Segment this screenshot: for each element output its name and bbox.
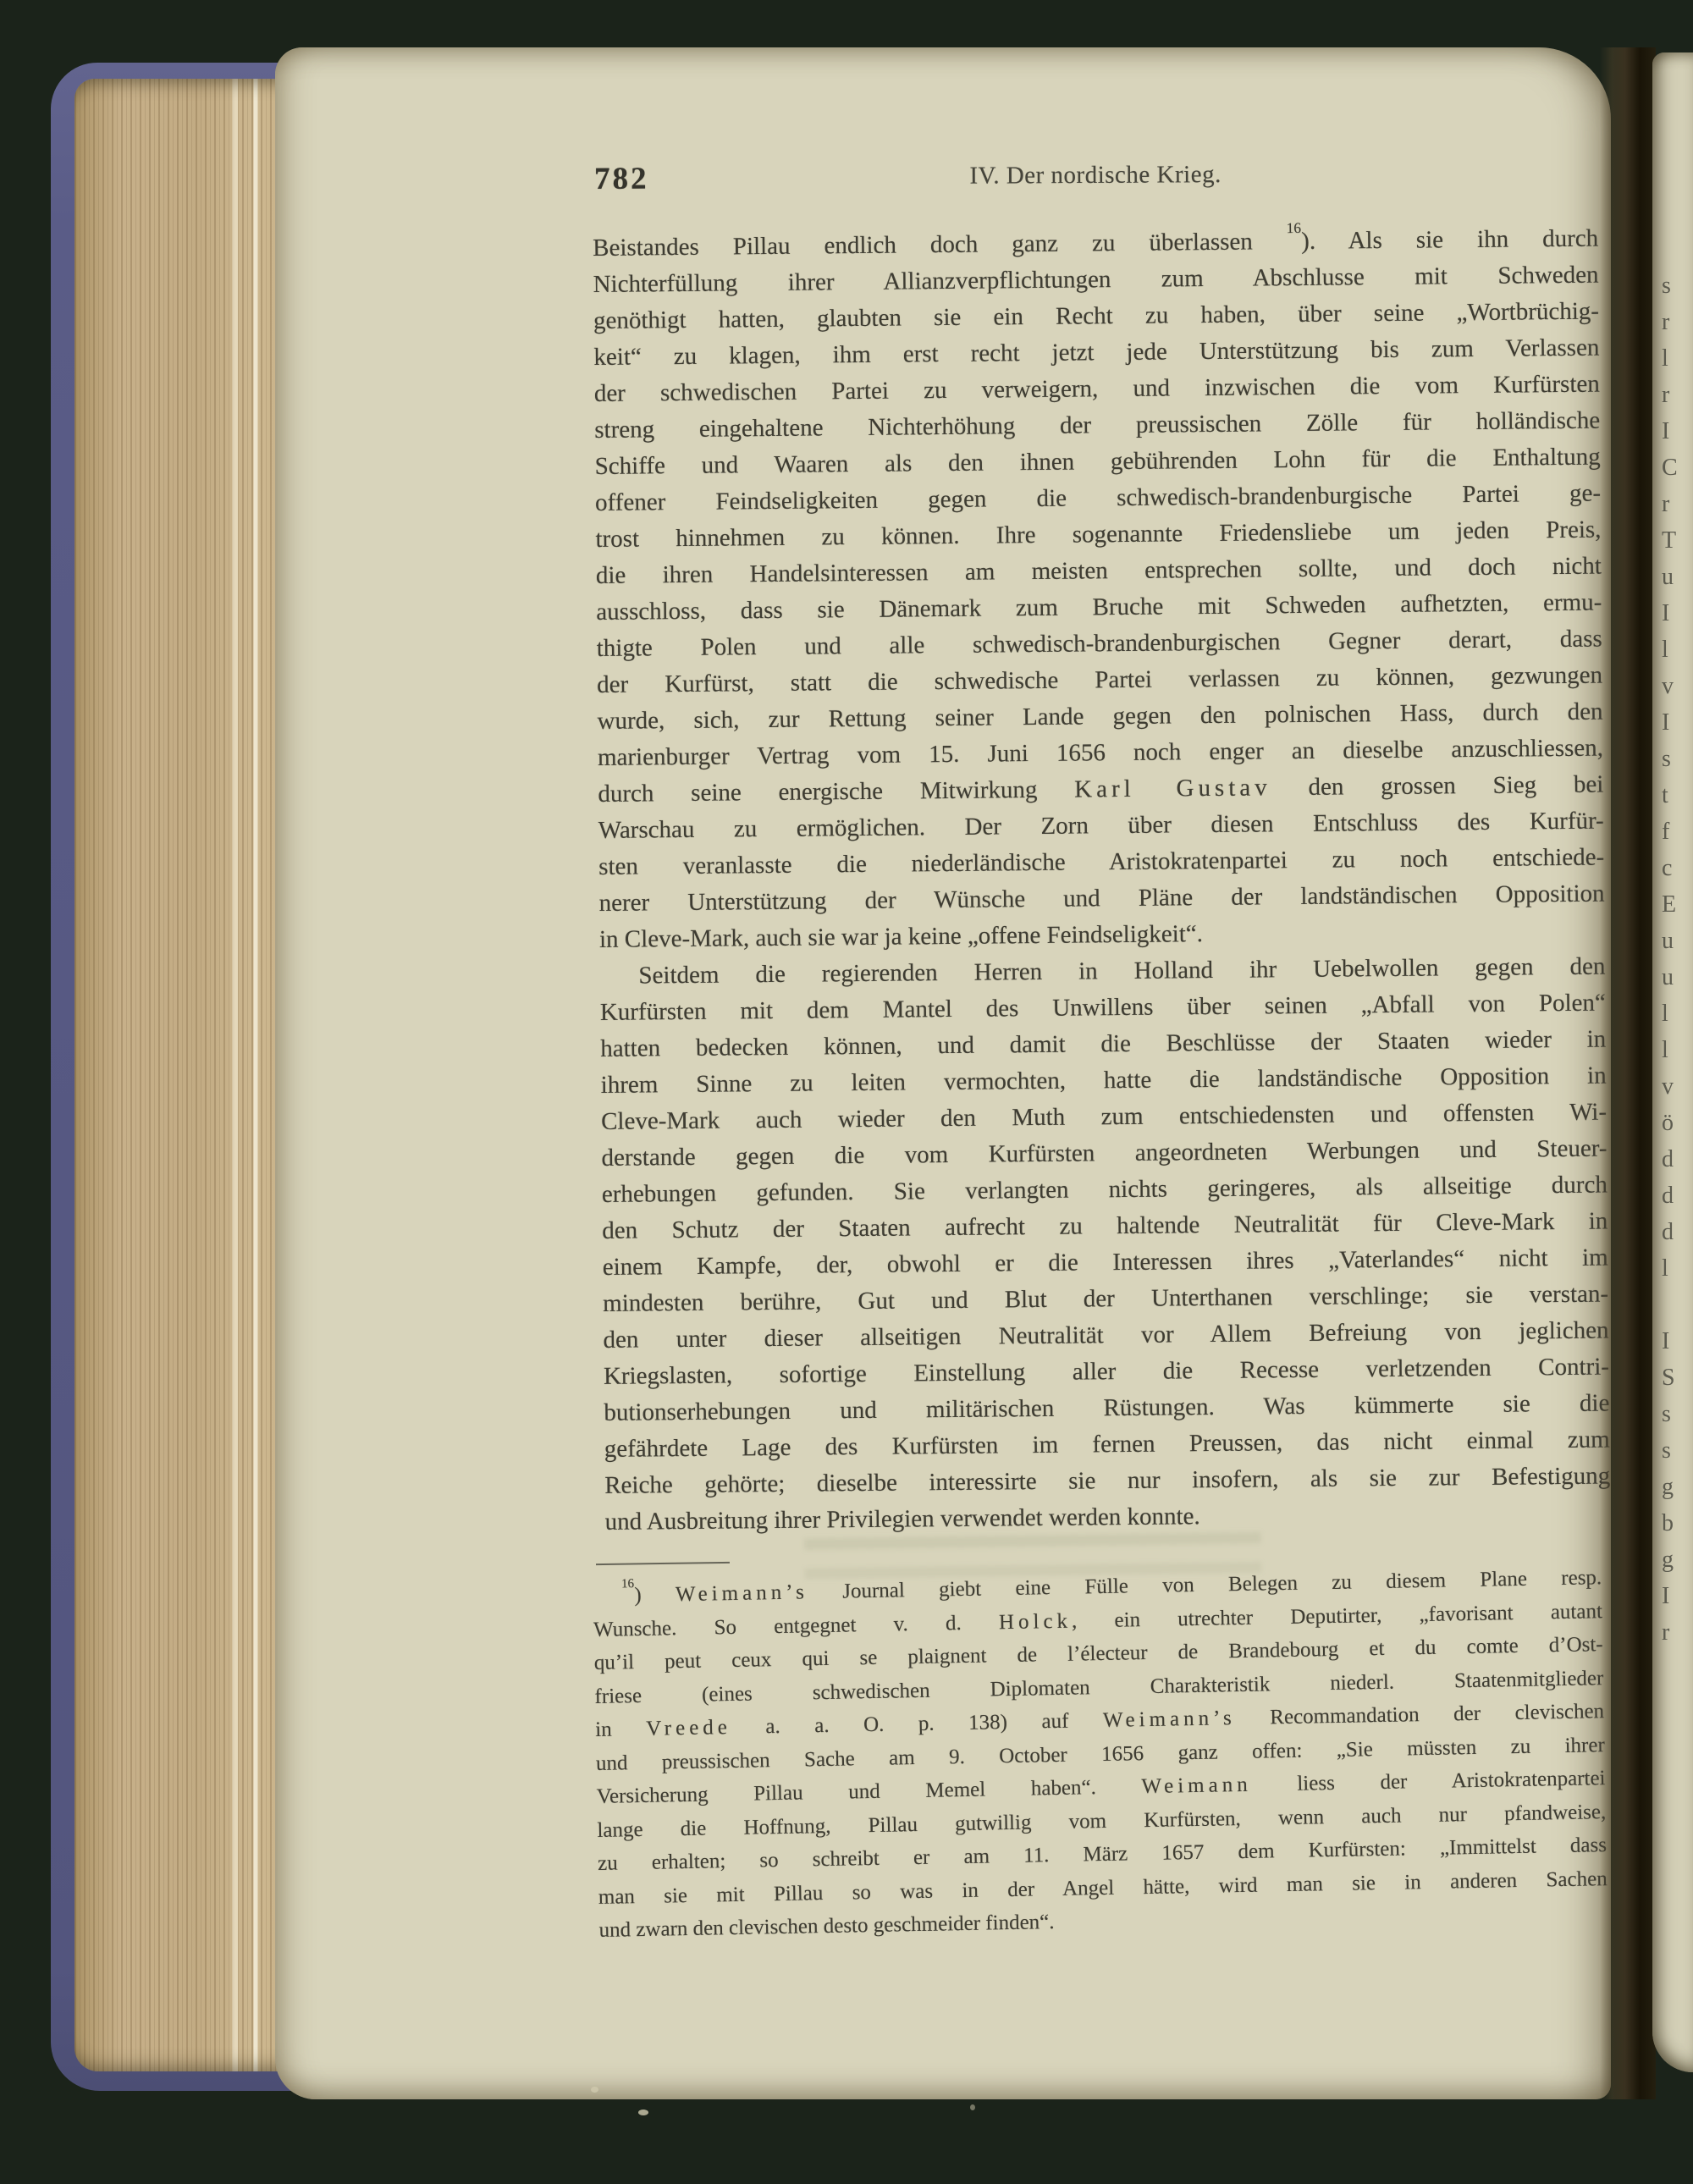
- cutoff-letter-fragment: g: [1656, 1469, 1693, 1505]
- cutoff-letter-fragment: s: [1656, 1432, 1693, 1469]
- footnote-marker: 16: [1287, 219, 1302, 236]
- cutoff-letter-fragment: [1656, 1287, 1693, 1323]
- page-header: 782 IV. Der nordische Krieg.: [593, 154, 1598, 203]
- cutoff-letter-fragment: I: [1656, 595, 1693, 631]
- cutoff-letter-fragment: l: [1656, 995, 1693, 1032]
- letterspaced-name: Vreede: [646, 1716, 731, 1740]
- body-text: Beistandes Pillau endlich doch ganz zu ü…: [593, 221, 1611, 1541]
- next-page-text-fragments: srlrICrTuIlvIstfcEuullvödddlISssgbgIr: [1656, 267, 1693, 1651]
- cutoff-letter-fragment: d: [1656, 1214, 1693, 1250]
- dust-speck: [591, 2087, 598, 2093]
- cutoff-letter-fragment: l: [1656, 1032, 1693, 1068]
- cutoff-letter-fragment: T: [1656, 522, 1693, 559]
- paragraph: 16) Weimann’s Journal giebt eine Fülle v…: [593, 1561, 1608, 1947]
- cutoff-letter-fragment: I: [1656, 1323, 1693, 1359]
- cutoff-letter-fragment: s: [1656, 741, 1693, 777]
- cutoff-letter-fragment: S: [1656, 1359, 1693, 1396]
- letterspaced-name: Holck: [999, 1609, 1073, 1634]
- running-header: IV. Der nordische Krieg.: [593, 159, 1598, 192]
- dust-speck: [638, 2110, 648, 2115]
- cutoff-letter-fragment: u: [1656, 923, 1693, 959]
- page-edge-stack: [74, 79, 288, 2071]
- cutoff-letter-fragment: f: [1656, 813, 1693, 850]
- cutoff-letter-fragment: l: [1656, 340, 1693, 377]
- photo-of-book-page: { "colors": { "background": "#1b231a", "…: [0, 0, 1693, 2184]
- paragraph: Seitdem die regierenden Herren in Hollan…: [599, 949, 1611, 1541]
- cutoff-letter-fragment: r: [1656, 304, 1693, 340]
- cutoff-letter-fragment: d: [1656, 1141, 1693, 1177]
- cutoff-letter-fragment: r: [1656, 486, 1693, 522]
- cutoff-letter-fragment: l: [1656, 631, 1693, 668]
- cutoff-letter-fragment: d: [1656, 1177, 1693, 1214]
- letterspaced-name: Weimann: [1141, 1773, 1252, 1798]
- cutoff-letter-fragment: s: [1656, 267, 1693, 304]
- cutoff-letter-fragment: ö: [1656, 1105, 1693, 1141]
- cutoff-letter-fragment: c: [1656, 850, 1693, 886]
- cutoff-letter-fragment: b: [1656, 1505, 1693, 1541]
- cutoff-letter-fragment: I: [1656, 413, 1693, 449]
- footnote: 16) Weimann’s Journal giebt eine Fülle v…: [593, 1561, 1608, 1947]
- cutoff-letter-fragment: v: [1656, 1068, 1693, 1105]
- cutoff-letter-fragment: s: [1656, 1396, 1693, 1432]
- cutoff-letter-fragment: E: [1656, 886, 1693, 923]
- cutoff-letter-fragment: I: [1656, 704, 1693, 741]
- gutter-shadow: [1600, 47, 1656, 2099]
- cutoff-letter-fragment: v: [1656, 668, 1693, 704]
- cutoff-letter-fragment: r: [1656, 1614, 1693, 1651]
- cutoff-letter-fragment: r: [1656, 377, 1693, 413]
- cutoff-letter-fragment: C: [1656, 449, 1693, 486]
- letterspaced-name: Weimann’s: [676, 1580, 808, 1606]
- cutoff-letter-fragment: g: [1656, 1541, 1693, 1578]
- footnote-marker: 16: [621, 1577, 634, 1591]
- cutoff-letter-fragment: l: [1656, 1250, 1693, 1287]
- cutoff-letter-fragment: I: [1656, 1578, 1693, 1614]
- cutoff-letter-fragment: t: [1656, 777, 1693, 813]
- letterspaced-name: Karl Gustav: [1074, 774, 1271, 802]
- cutoff-letter-fragment: u: [1656, 959, 1693, 995]
- dust-speck: [970, 2104, 975, 2110]
- paragraph: Beistandes Pillau endlich doch ganz zu ü…: [593, 221, 1605, 958]
- cutoff-letter-fragment: u: [1656, 559, 1693, 595]
- letterspaced-name: Weimann’s: [1103, 1707, 1236, 1732]
